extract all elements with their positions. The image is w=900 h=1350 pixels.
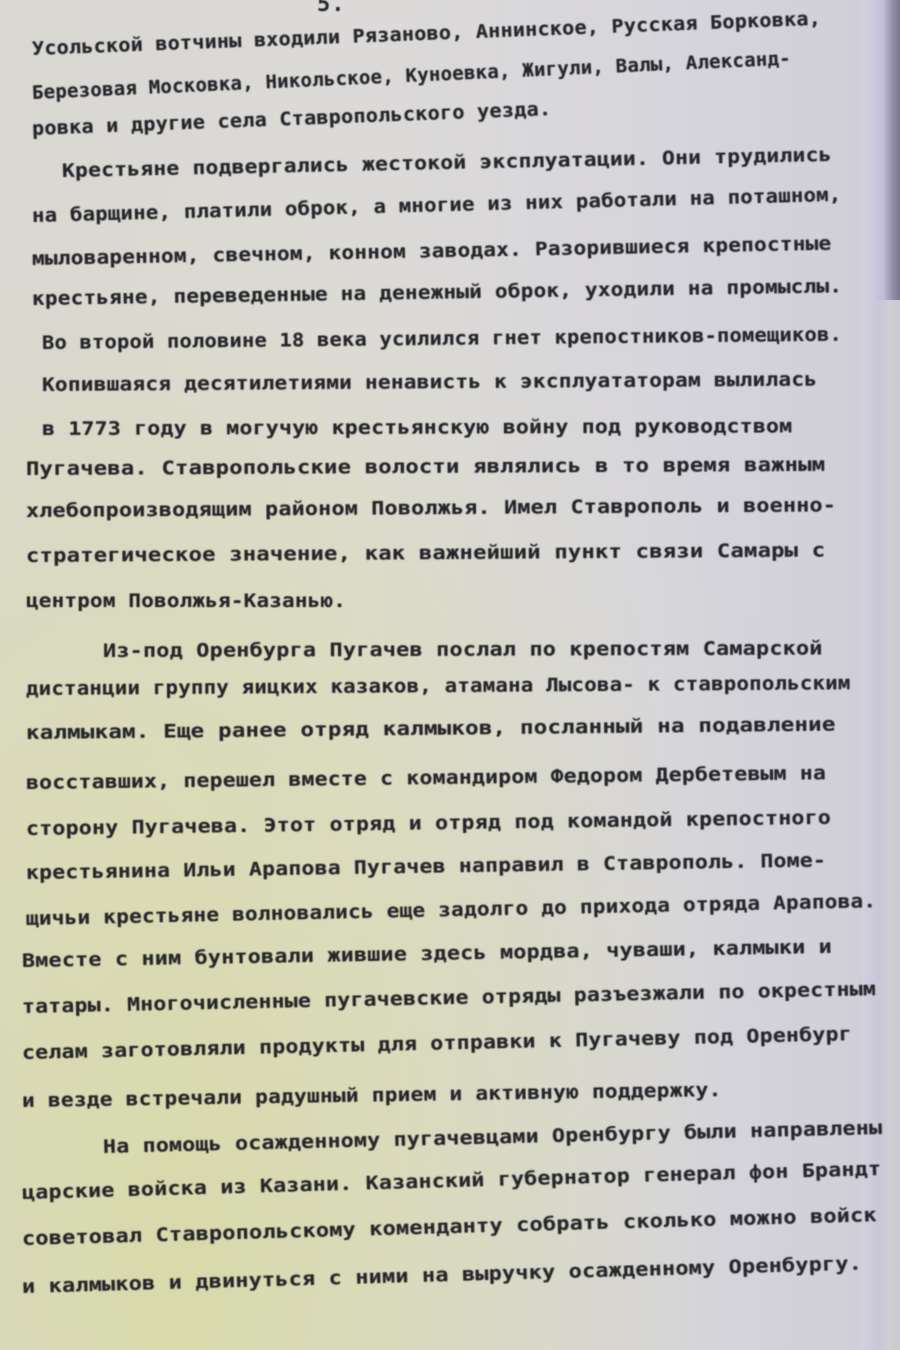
- text-line: на барщине, платили оброк, а многие из н…: [32, 184, 842, 227]
- page-edge-shadow: [872, 300, 900, 1350]
- text-line: стратегическое значение, как важнейший п…: [26, 539, 825, 567]
- text-line: щичьи крестьяне волновались еще задолго …: [26, 890, 877, 930]
- text-line: татары. Многочисленные пугачевские отряд…: [22, 978, 876, 1018]
- text-line: сторону Пугачева. Этот отряд и отряд под…: [26, 807, 831, 840]
- text-line: селам заготовляли продукты для отправки …: [22, 1023, 852, 1064]
- text-line: крестьяне, переведенные на денежный обро…: [32, 275, 843, 310]
- text-line: На помощь осажденному пугачевцами Оренбу…: [103, 1117, 883, 1158]
- text-line: царские войска из Казани. Казанский губе…: [22, 1158, 882, 1204]
- text-line: Вместе с ним бунтовали жившие здесь морд…: [22, 936, 832, 972]
- text-line: Крестьяне подвергались жестокой эксплуат…: [62, 144, 832, 182]
- text-line: Березовая Московка, Никольское, Куноевка…: [32, 48, 792, 104]
- page-number: 5.: [317, 0, 346, 17]
- text-line: советовал Ставропольскому коменданту соб…: [22, 1204, 877, 1250]
- text-line: крестьянина Ильи Арапова Пугачев направи…: [26, 849, 826, 884]
- text-line: центром Поволжья-Казанью.: [26, 590, 346, 612]
- text-line: ровка и другие села Ставропольского уезд…: [32, 98, 552, 140]
- text-line: и калмыков и двинуться с ними на выручку…: [22, 1253, 863, 1298]
- text-line: восставших, перешел вместе с командиром …: [26, 762, 826, 794]
- text-line: дистанции группу яицких казаков, атамана…: [26, 672, 851, 700]
- text-line: хлебопроизводящим районом Поволжья. Имел…: [26, 494, 836, 522]
- text-line: Из-под Оренбурга Пугачев послал по крепо…: [103, 637, 823, 662]
- document-photo: 5. Усольской вотчины входили Рязаново, А…: [0, 0, 900, 1350]
- text-line: Во второй половине 18 века усилился гнет…: [42, 324, 842, 354]
- text-line: в 1773 году в могучую крестьянскую войну…: [42, 415, 792, 440]
- text-line: калмыкам. Еще ранее отряд калмыков, посл…: [26, 714, 836, 744]
- text-line: Копившаяся десятилетиями ненависть к экс…: [42, 369, 817, 396]
- text-line: Пугачева. Ставропольские волости являлис…: [26, 454, 825, 480]
- text-line: и везде встречали радушный прием и актив…: [22, 1079, 722, 1112]
- text-line: мыловаренном, свечном, конном заводах. Р…: [32, 233, 832, 270]
